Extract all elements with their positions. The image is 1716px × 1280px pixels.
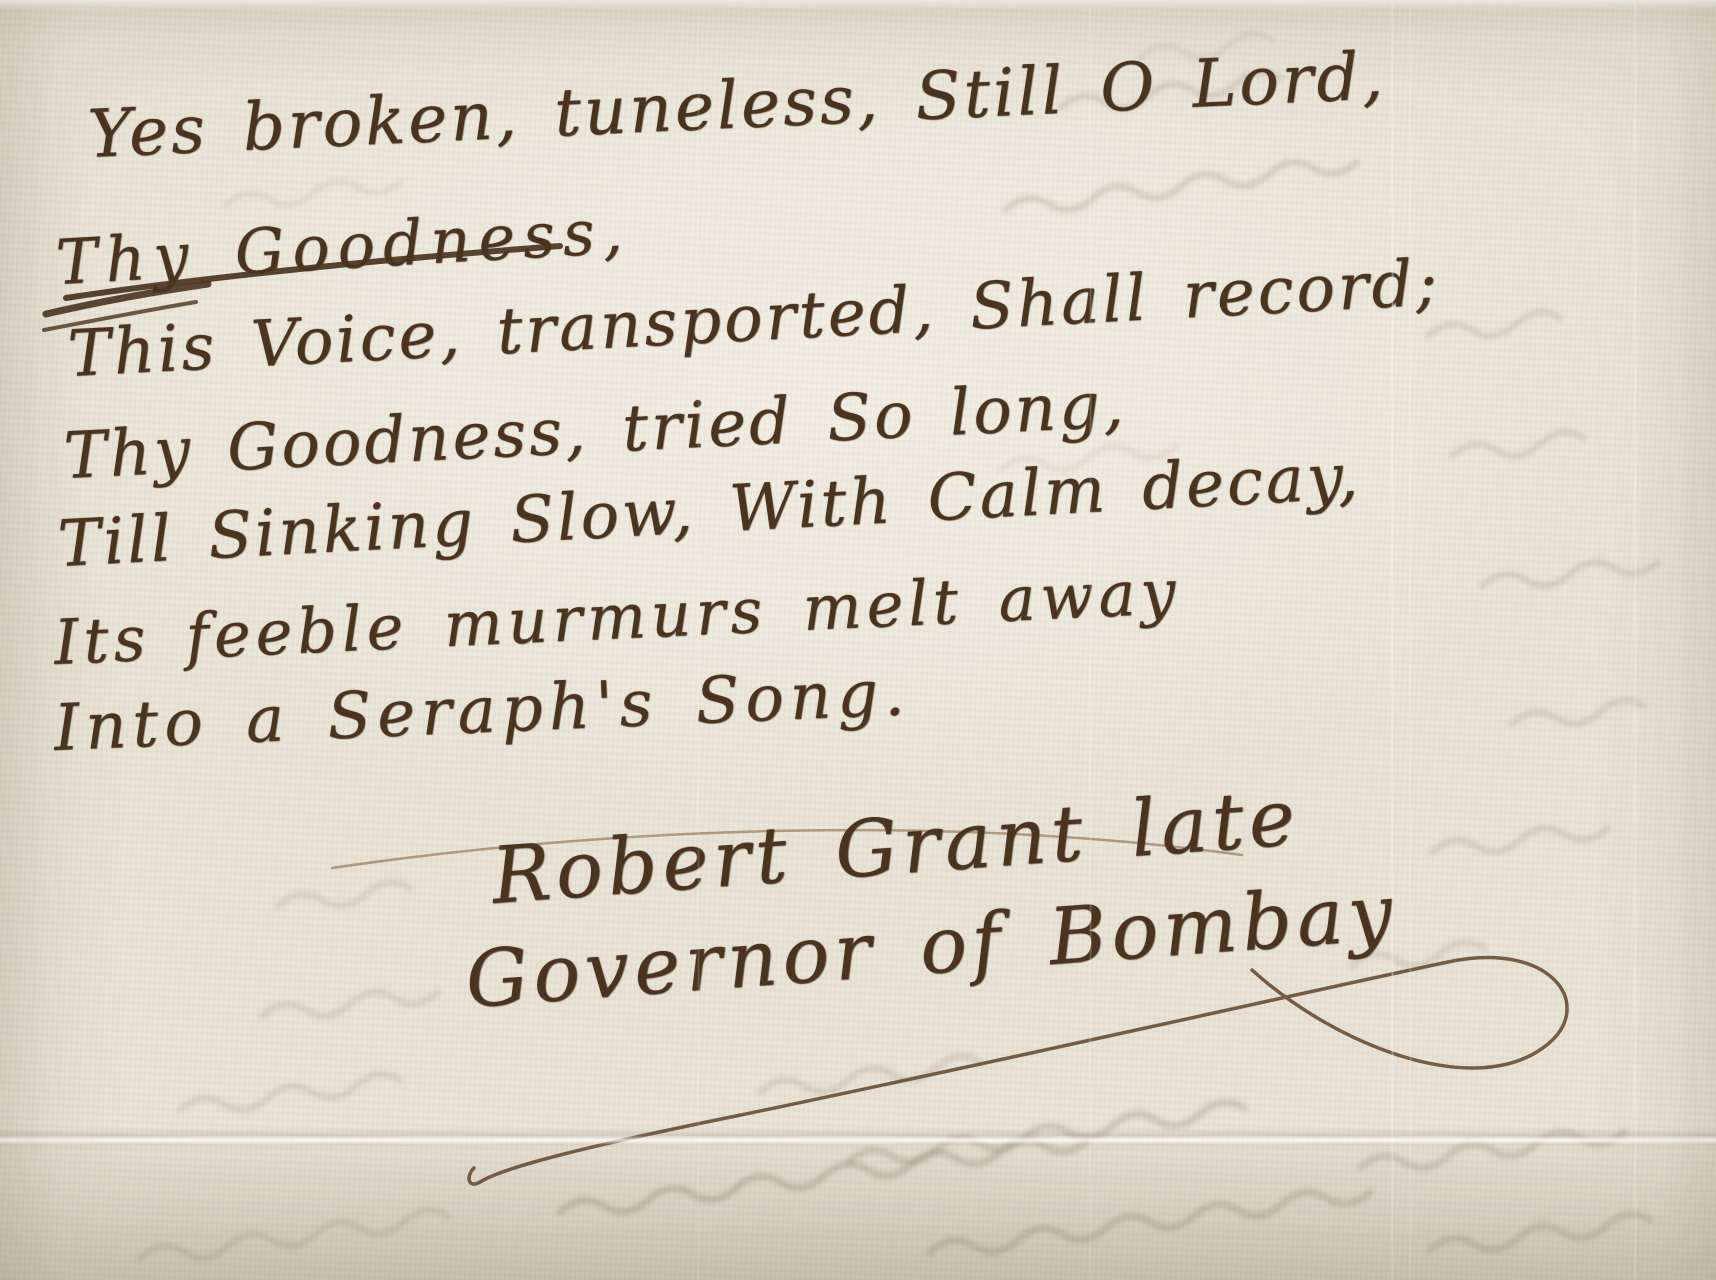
ghost-stroke bbox=[930, 1192, 1370, 1252]
ghost-stroke bbox=[278, 882, 410, 906]
ghost-stroke bbox=[1512, 700, 1644, 724]
ghost-stroke bbox=[262, 992, 438, 1016]
ghost-stroke bbox=[560, 1140, 1088, 1212]
manuscript-line-struck: Thy Goodness, bbox=[54, 194, 632, 299]
ghost-stroke bbox=[1432, 828, 1608, 852]
below-fold-shading bbox=[0, 1148, 1716, 1280]
manuscript-page: Yes broken, tuneless, Still O Lord, Thy … bbox=[0, 0, 1716, 1280]
ghost-stroke bbox=[1452, 432, 1584, 456]
scan-top-edge bbox=[0, 0, 1716, 10]
ghost-stroke bbox=[1428, 312, 1560, 336]
vertical-crease bbox=[1391, 0, 1394, 1280]
horizontal-fold-crease bbox=[0, 1128, 1716, 1150]
vertical-crease bbox=[1409, 0, 1412, 1280]
ghost-stroke bbox=[1482, 562, 1658, 586]
ghost-stroke bbox=[1005, 162, 1357, 210]
manuscript-line: Yes broken, tuneless, Still O Lord, bbox=[86, 37, 1387, 173]
manuscript-line: Its feeble murmurs melt away bbox=[52, 555, 1182, 679]
vertical-crease bbox=[1089, 0, 1092, 1280]
ghost-stroke bbox=[180, 1074, 400, 1110]
ghost-stroke bbox=[1430, 1214, 1650, 1250]
vertical-crease bbox=[1634, 0, 1637, 1280]
ghost-stroke bbox=[140, 1210, 448, 1258]
vertical-crease bbox=[697, 0, 700, 1280]
ghost-stroke bbox=[225, 181, 401, 205]
ghost-stroke bbox=[760, 1056, 980, 1092]
